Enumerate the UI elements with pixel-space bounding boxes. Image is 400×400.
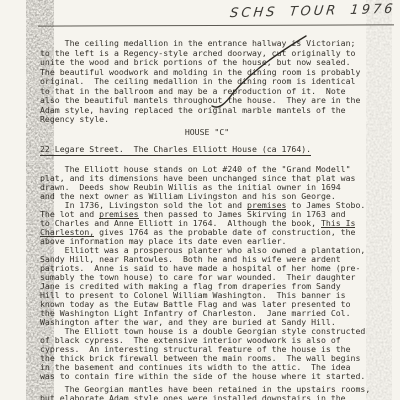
house-c-heading: HOUSE "C" <box>40 127 374 137</box>
underline-premises-2 <box>99 218 138 219</box>
paragraph-elliott-house-deeds: The Elliott house stands on Lot #240 of … <box>40 165 380 201</box>
address-heading: 22 Legare Street. The Charles Elliott Ho… <box>40 144 311 154</box>
underline-charleston <box>40 236 94 237</box>
underline-premises-1 <box>247 209 286 210</box>
paragraph-ownership-history: In 1736, Livingston sold the lot and pre… <box>40 201 380 246</box>
paragraph-georgian-mantles: The Georgian mantles have been retained … <box>40 385 370 400</box>
body-text-block: The Elliott house stands on Lot #240 of … <box>40 165 380 381</box>
scanned-document-page: SCHS TOUR 1976 The ceiling medallion in … <box>0 0 400 400</box>
top-rule-line <box>38 24 394 26</box>
underline-this-is <box>321 227 356 228</box>
paragraph-ceiling-medallion: The ceiling medallion in the entrance ha… <box>40 39 360 125</box>
paragraph-elliott-family: Elliott was a prosperous planter who als… <box>40 246 380 327</box>
handwritten-annotation: SCHS TOUR 1976 <box>229 2 396 21</box>
address-heading-text: 22 Legare Street. The Charles Elliott Ho… <box>40 144 311 156</box>
paragraph-construction: The Elliott town house is a double Georg… <box>40 327 380 381</box>
